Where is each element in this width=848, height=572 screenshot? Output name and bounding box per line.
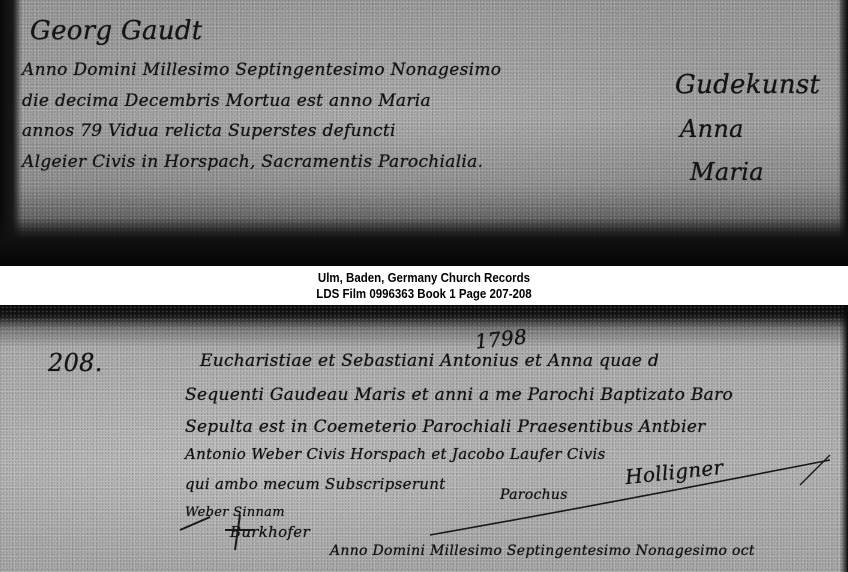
margin-given-name-1: Anna [680, 115, 744, 143]
record-line-1: Anno Domini Millesimo Septingentesimo No… [22, 60, 501, 80]
record-image-bottom: 208. 1798 Eucharistiae et Sebastiani Ant… [0, 305, 848, 572]
caption-title: Ulm, Baden, Germany Church Records [34, 270, 814, 286]
record-line-4: Algeier Civis in Horspach, Sacramentis P… [22, 152, 483, 172]
pen-flourish-lines [0, 305, 848, 572]
film-edge-bottom [0, 218, 848, 266]
record-line-3: annos 79 Vidua relicta Superstes defunct… [22, 121, 396, 141]
margin-given-name-2: Maria [690, 158, 764, 186]
record-line-2: die decima Decembris Mortua est anno Mar… [22, 91, 431, 111]
record-image-top: Georg Gaudt Anno Domini Millesimo Septin… [0, 0, 848, 266]
margin-surname: Gudekunst [675, 70, 820, 100]
record-caption: Ulm, Baden, Germany Church Records LDS F… [34, 266, 814, 305]
caption-source: LDS Film 0996363 Book 1 Page 207-208 [34, 286, 814, 302]
record-heading: Georg Gaudt [30, 16, 203, 46]
